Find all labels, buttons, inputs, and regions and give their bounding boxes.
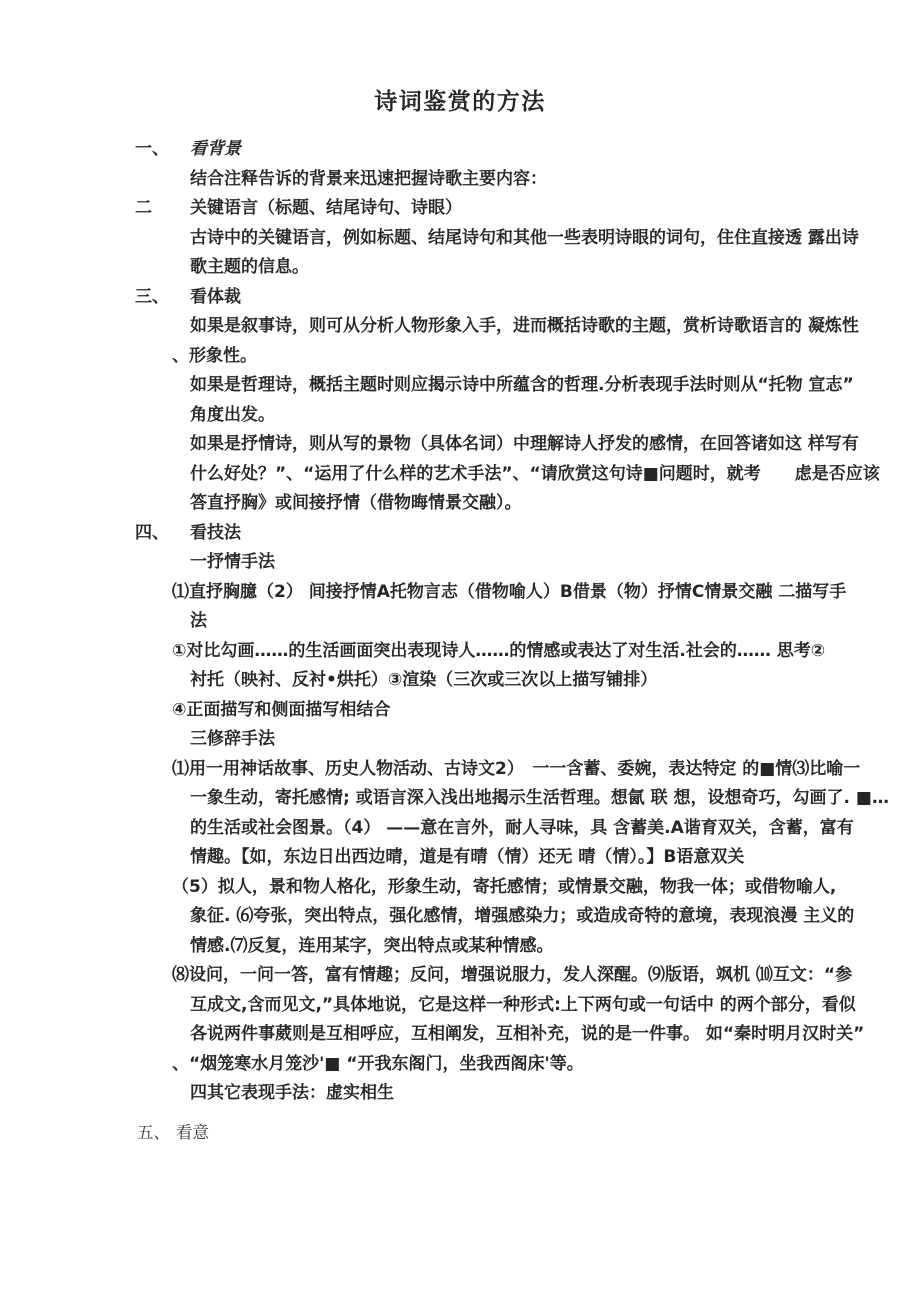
doc-content: 一、 看背景 结合注释告诉的背景来迅速把握诗歌主要内容： 二 关键语言（标题、结… bbox=[0, 135, 920, 1147]
paragraph-line: 答直抒胸》或间接抒情（借物晦情景交融）。 bbox=[190, 489, 920, 519]
paragraph-line: 三修辞手法 bbox=[190, 725, 920, 755]
paragraph-line: 情趣。【如，东边日出西边晴，道是有晴（情）还无 晴（情）。】B语意双关 bbox=[190, 843, 920, 873]
paragraph-line: ①对比勾画……的生活画面突出表现诗人……的情感或表达了对生活.社会的…… 思考② bbox=[172, 637, 920, 667]
section-number: 四、 bbox=[135, 519, 190, 549]
section-number: 一、 bbox=[135, 135, 190, 165]
section-label: 看意 bbox=[176, 1118, 209, 1148]
paragraph-line: 如果是抒情诗，则从写的景物（具体名词）中理解诗人抒发的感情，在回答诸如这 样写有 bbox=[190, 430, 920, 460]
paragraph-line: （5）拟人，景和物人格化，形象生动，寄托感情；或情景交融，物我一体；或借物喻人, bbox=[172, 873, 920, 903]
section-heading-4: 四、 看技法 bbox=[0, 519, 920, 549]
section-label: 看体裁 bbox=[190, 283, 241, 313]
paragraph-line: 如果是哲理诗，概括主题时则应揭示诗中所蕴含的哲理.分析表现手法时则从“托物 宣志… bbox=[190, 371, 920, 401]
paragraph-line: 情感.⑺反复，连用某字，突出特点或某种情感。 bbox=[190, 932, 920, 962]
paragraph-line: ⑴直抒胸臆（2） 间接抒情A托物言志（借物喻人）B借景（物）抒情C情景交融 二描… bbox=[172, 578, 920, 608]
paragraph-line: 一抒情手法 bbox=[190, 548, 920, 578]
section-number: 五、 bbox=[137, 1118, 176, 1148]
paragraph-line: 象征. ⑹夸张，突出特点，强化感情，增强感染力；或造成奇特的意境，表现浪漫 主义… bbox=[190, 902, 920, 932]
paragraph-line: 、形象性。 bbox=[172, 342, 920, 372]
paragraph-line: 法 bbox=[190, 607, 920, 637]
paragraph-line: ④正面描写和侧面描写相结合 bbox=[172, 696, 920, 726]
section-heading-3: 三、 看体裁 bbox=[0, 283, 920, 313]
paragraph-line: 四其它表现手法：虚实相生 bbox=[190, 1079, 920, 1109]
paragraph-line: 一象生动，寄托感情; 或语言深入浅出地揭示生活哲理。想氤 联 想，设想奇巧，勾画… bbox=[190, 784, 920, 814]
doc-title: 诗词鉴赏的方法 bbox=[0, 86, 920, 118]
paragraph-line: 各说两件事葳则是互相呼应，互相阐发，互相补充，说的是一件事。 如“秦时明月汉时关… bbox=[190, 1020, 920, 1050]
section-heading-2: 二 关键语言（标题、结尾诗句、诗眼） bbox=[0, 194, 920, 224]
section-heading-5: 五、 看意 bbox=[0, 1118, 920, 1148]
section-number: 三、 bbox=[135, 283, 190, 313]
paragraph-line: 衬托（映衬、反衬•烘托）③渲染（三次或三次以上描写铺排） bbox=[190, 666, 920, 696]
paragraph-line: 歌主题的信息。 bbox=[190, 253, 920, 283]
section-heading-1: 一、 看背景 bbox=[0, 135, 920, 165]
section-label: 关键语言（标题、结尾诗句、诗眼） bbox=[190, 194, 462, 224]
paragraph-line: 、“烟笼寒水月笼沙'■ “开我东阁门，坐我西阁床'等。 bbox=[172, 1050, 920, 1080]
paragraph-line: 古诗中的关键语言，例如标题、结尾诗句和其他一些表明诗眼的词句，住住直接透 露出诗 bbox=[190, 224, 920, 254]
paragraph-line: 什么好处？”、“运用了什么样的艺术手法”、“请欣赏这句诗■问题时，就考 虑是否应… bbox=[190, 460, 920, 490]
paragraph-line: ⑻设问，一问一答，富有情趣；反问，增强说服力，发人深醒。⑼版语，飒机 ⑽互文：“… bbox=[172, 961, 920, 991]
paragraph-line: ⑴用一用神话故事、历史人物活动、古诗文2） 一一含蓄、委婉，表达特定 的■情⑶比… bbox=[172, 755, 920, 785]
paragraph-line: 的生活或社会图景。（4） ——意在言外，耐人寻味，具 含蓄美.A谐育双关，含蓄，… bbox=[190, 814, 920, 844]
section-number: 二 bbox=[135, 194, 190, 224]
paragraph-line: 角度出发。 bbox=[190, 401, 920, 431]
document-page: 诗词鉴赏的方法 一、 看背景 结合注释告诉的背景来迅速把握诗歌主要内容： 二 关… bbox=[0, 0, 920, 1147]
paragraph-line: 结合注释告诉的背景来迅速把握诗歌主要内容： bbox=[190, 165, 920, 195]
paragraph-line: 互成文,含而见文,”具体地说，它是这样一种形式:上下两句或一句话中 的两个部分，… bbox=[190, 991, 920, 1021]
section-label: 看技法 bbox=[190, 519, 241, 549]
paragraph-line: 如果是叙事诗，则可从分析人物形象入手，进而概括诗歌的主题，赏析诗歌语言的 凝炼性 bbox=[190, 312, 920, 342]
section-label: 看背景 bbox=[190, 135, 241, 165]
